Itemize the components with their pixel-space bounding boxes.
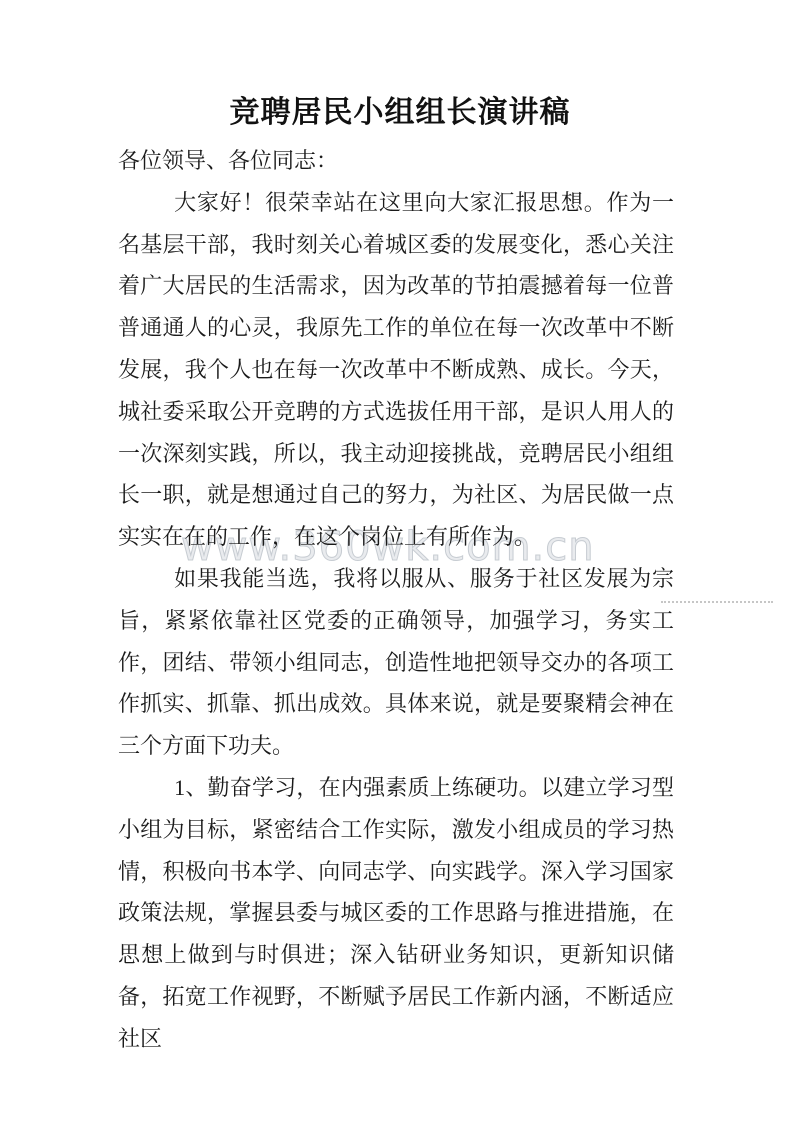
paragraph: 大家好！很荣幸站在这里向大家汇报思想。作为一名基层干部，我时刻关心着城区委的发展…: [118, 182, 674, 558]
paragraph: 如果我能当选，我将以服从、服务于社区发展为宗旨，紧紧依靠社区党委的正确领导，加强…: [118, 558, 674, 767]
dotted-divider: [661, 601, 773, 603]
paragraph: 1、勤奋学习，在内强素质上练硬功。以建立学习型小组为目标，紧密结合工作实际，激发…: [118, 767, 674, 1060]
document-body: 各位领导、各位同志： 大家好！很荣幸站在这里向大家汇报思想。作为一名基层干部，我…: [118, 140, 674, 1060]
document-page: 竞聘居民小组组长演讲稿 www.360wk.com.cn 各位领导、各位同志： …: [0, 0, 800, 1132]
document-title: 竞聘居民小组组长演讲稿: [0, 93, 800, 133]
salutation-line: 各位领导、各位同志：: [118, 140, 674, 182]
